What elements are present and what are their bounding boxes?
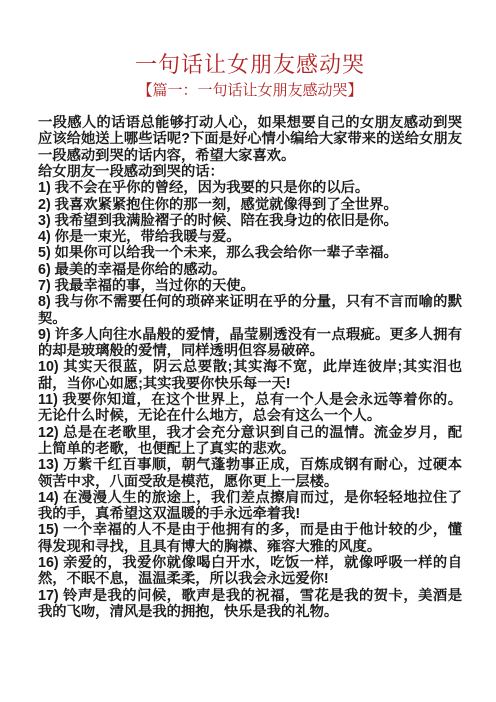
quote-line: 8) 我与你不需要任何的琐碎来证明在乎的分量，只有不言而喻的默契。 [38,294,462,327]
quote-line: 13) 万紫千红百事顺，朝气蓬勃事正成，百炼成钢有耐心，过硬本领苦中求，八面受敌… [38,457,462,490]
quote-line: 15) 一个幸福的人不是由于他拥有的多，而是由于他计较的少，懂得发现和寻找，且具… [38,522,462,555]
document-page: 一句话让女朋友感动哭 【篇一：一句话让女朋友感动哭】 一段感人的话语总能够打动人… [0,0,496,702]
quote-line: 1) 我不会在乎你的曾经，因为我要的只是你的以后。 [38,180,462,196]
document-body: 一段感人的话语总能够打动人心，如果想要自己的女朋友感动到哭应该给她送上哪些话呢?… [38,115,462,620]
document-title: 一句话让女朋友感动哭 [38,50,462,79]
quote-line: 2) 我喜欢紧紧抱住你的那一刻，感觉就像得到了全世界。 [38,197,462,213]
document-subtitle: 【篇一：一句话让女朋友感动哭】 [38,81,462,102]
quote-line: 10) 其实天很蓝，阴云总要散;其实海不宽，此岸连彼岸;其实泪也甜，当你心如愿;… [38,359,462,392]
quote-line: 7) 我最幸福的事，当过你的天使。 [38,278,462,294]
quote-line: 16) 亲爱的，我爱你就像喝白开水，吃饭一样，就像呼吸一样的自然，不眠不息，温温… [38,555,462,588]
intro-paragraph: 一段感人的话语总能够打动人心，如果想要自己的女朋友感动到哭应该给她送上哪些话呢?… [38,115,462,164]
quote-line: 6) 最美的幸福是你给的感动。 [38,262,462,278]
quote-line: 11) 我要你知道，在这个世界上，总有一个人是会永远等着你的。无论什么时候，无论… [38,392,462,425]
quote-line: 14) 在漫漫人生的旅途上，我们差点擦肩而过，是你轻轻地拉住了我的手，真希望这双… [38,490,462,523]
quote-line: 3) 我希望到我满脸褶子的时候、陪在我身边的依旧是你。 [38,213,462,229]
quote-line: 4) 你是一束光，带给我暖与爱。 [38,229,462,245]
quote-line: 17) 铃声是我的问候，歌声是我的祝福，雪花是我的贺卡，美酒是我的飞吻，清风是我… [38,588,462,621]
quote-line: 12) 总是在老歌里，我才会充分意识到自己的温情。流金岁月，配上简单的老歌，也便… [38,425,462,458]
quote-line: 9) 许多人向往水晶般的爱情，晶莹剔透没有一点瑕疵。更多人拥有的却是玻璃般的爱情… [38,327,462,360]
list-heading: 给女朋友一段感动到哭的话： [38,164,462,180]
quote-line: 5) 如果你可以给我一个未来，那么我会给你一辈子幸福。 [38,245,462,261]
